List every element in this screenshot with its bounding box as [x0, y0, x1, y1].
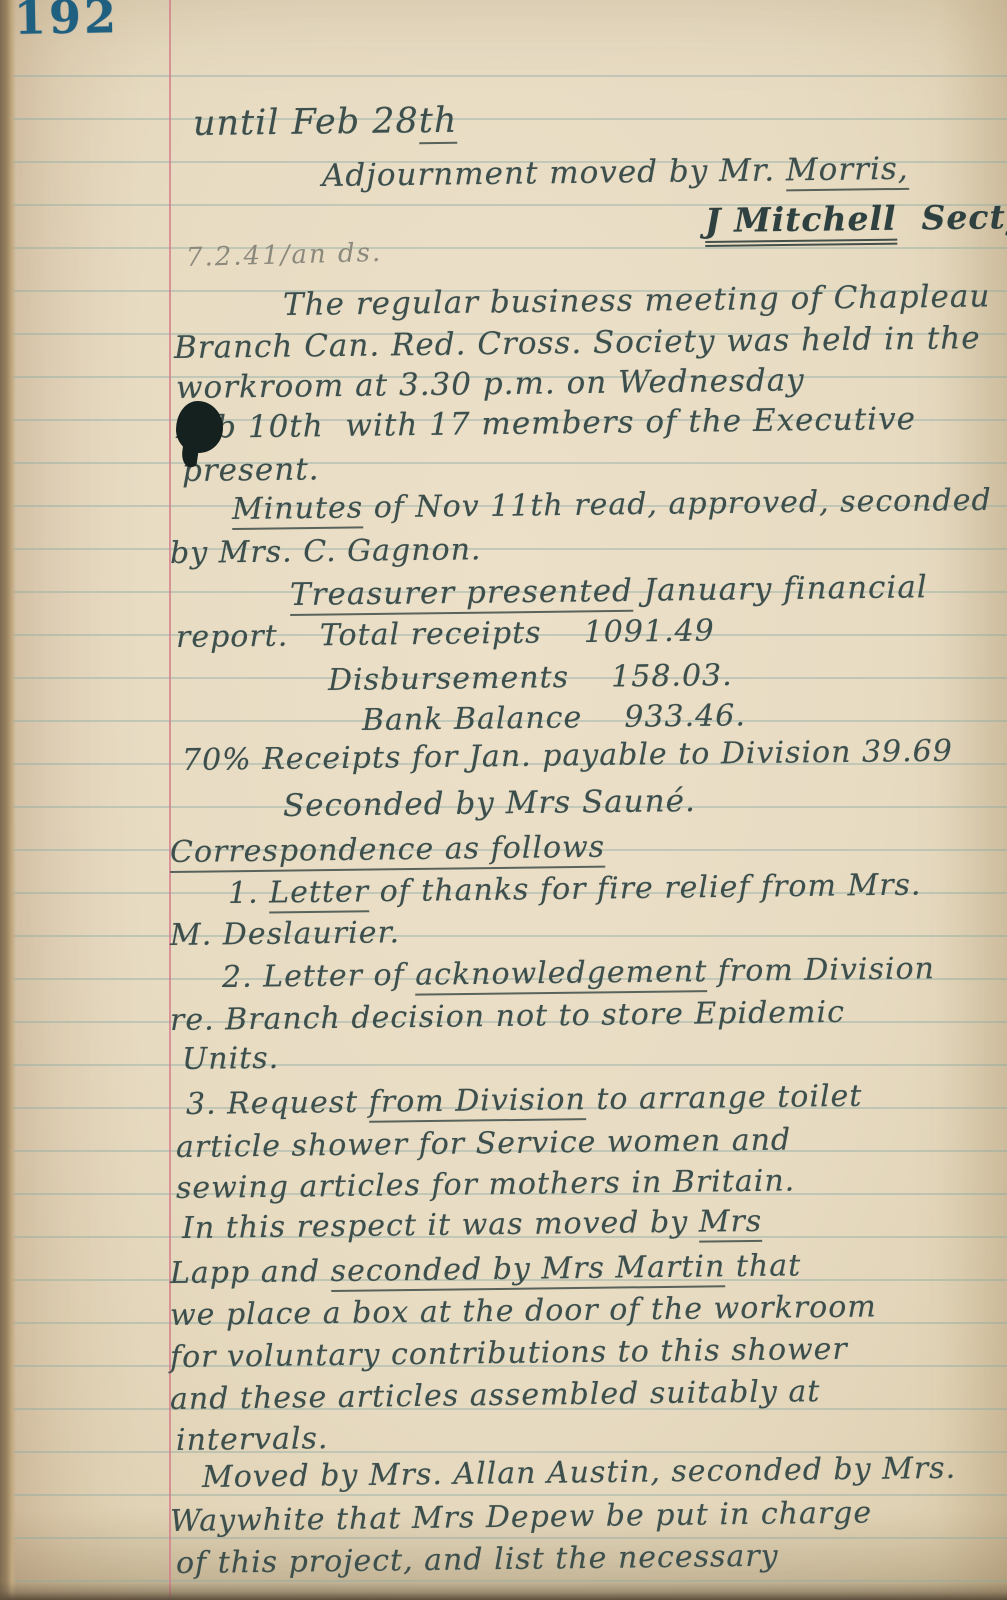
handwritten-line-23: Units. [182, 1041, 280, 1077]
ledger-page: 192 until Feb 28thAdjournment moved by M… [0, 0, 1007, 1600]
handwritten-line-22: re. Branch decision not to store Epidemi… [170, 995, 845, 1038]
handwritten-line-29: we place a box at the door of the workro… [170, 1289, 877, 1333]
handwritten-line-15: Bank Balance 933.46. [362, 698, 746, 738]
ink-blot [176, 401, 223, 453]
handwritten-line-35: of this project, and list the necessary [176, 1539, 779, 1581]
handwritten-line-31: and these articles assembled suitably at [170, 1374, 821, 1417]
handwritten-line-26: sewing articles for mothers in Britain. [176, 1163, 796, 1206]
binding-edge [0, 0, 16, 1600]
handwritten-line-8: Feb 10th with 17 members of the Executiv… [176, 401, 916, 446]
handwritten-line-6: Branch Can. Red. Cross. Society was held… [174, 320, 981, 366]
handwritten-line-5: The regular business meeting of Chapleau [283, 278, 991, 323]
handwritten-line-28: Lapp and seconded by Mrs Martin that [170, 1248, 802, 1291]
handwritten-line-27: In this respect it was moved by Mrs [182, 1204, 763, 1246]
handwritten-line-24: 3. Request from Division to arrange toil… [186, 1079, 863, 1122]
page-number: 192 [14, 0, 120, 45]
handwritten-line-7: workroom at 3.30 p.m. on Wednesday [176, 362, 805, 406]
handwritten-line-33: Moved by Mrs. Allan Austin, seconded by … [202, 1451, 957, 1495]
handwritten-line-13: report. Total receipts 1091.49 [176, 613, 715, 655]
handwritten-line-10: Minutes of Nov 11th read, approved, seco… [232, 483, 992, 527]
handwritten-line-14: Disbursements 158.03. [328, 658, 733, 698]
handwritten-line-19: 1. Letter of thanks for fire relief from… [228, 868, 922, 911]
page-bottom-edge [0, 1582, 1007, 1600]
handwritten-line-12: Treasurer presented January financial [290, 569, 928, 613]
handwritten-line-30: for voluntary contributions to this show… [170, 1332, 848, 1375]
handwritten-line-3: J Mitchell Secty [705, 197, 1007, 240]
handwritten-line-25: article shower for Service women and [176, 1122, 792, 1165]
handwritten-line-16: 70% Receipts for Jan. payable to Divisio… [182, 734, 953, 778]
handwritten-line-9: present. [182, 451, 320, 489]
handwritten-line-4: 7.2.41/an ds. [186, 238, 383, 273]
handwritten-line-17: Seconded by Mrs Sauné. [283, 783, 696, 824]
handwritten-line-32: intervals. [176, 1421, 329, 1458]
handwritten-line-2: Adjournment moved by Mr. Morris, [322, 151, 909, 194]
handwritten-line-11: by Mrs. C. Gagnon. [170, 532, 482, 571]
handwritten-line-21: 2. Letter of acknowledgement from Divisi… [222, 951, 935, 995]
handwritten-line-1: until Feb 28th [193, 101, 458, 144]
handwritten-line-20: M. Deslaurier. [170, 915, 400, 953]
handwritten-line-34: Waywhite that Mrs Depew be put in charge [170, 1495, 873, 1539]
handwritten-line-18: Correspondence as follows [170, 830, 606, 870]
